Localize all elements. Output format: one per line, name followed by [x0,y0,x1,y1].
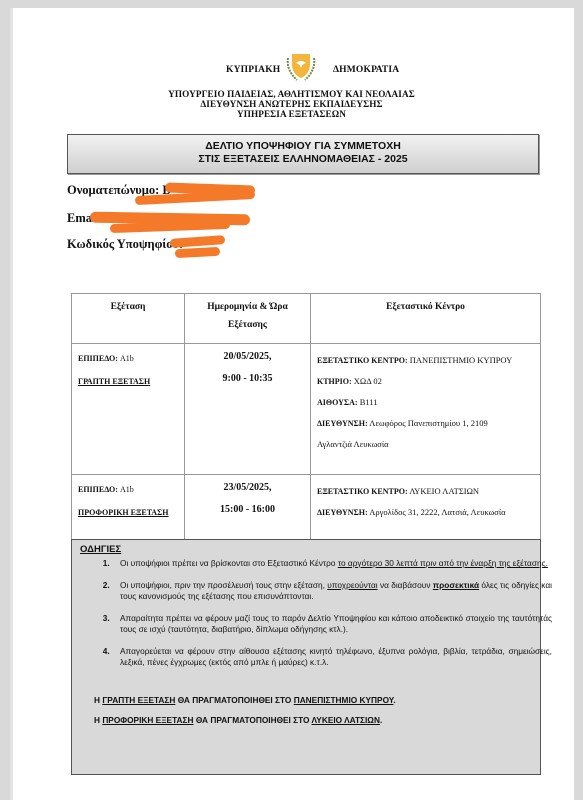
instruction-item: Απαραίτητα πρέπει να φέρουν μαζί τους το… [112,613,552,635]
title-line-1: ΔΕΛΤΙΟ ΥΠΟΨΗΦΙΟΥ ΓΙΑ ΣΥΜΜΕΤΟΧΗ [68,140,538,153]
coat-of-arms-icon [283,50,319,84]
exam-type: ΓΡΑΠΤΗ ΕΞΕΤΑΣΗ [78,377,178,386]
candidate-code: Κωδικός Υποψηφίου: [67,237,183,252]
exam-cell: ΕΠΙΠΕΔΟ: A1b ΠΡΟΦΟΡΙΚΗ ΕΞΕΤΑΣΗ [72,475,185,540]
instructions-box: ΟΔΗΓΙΕΣ Οι υποψήφιοι πρέπει να βρίσκοντα… [71,539,541,775]
header-datetime: Ημερομηνία & ΏραΕξέτασης [185,294,311,344]
header-exam-center: Εξεταστικό Κέντρο [311,294,541,344]
service-line: ΥΠΗΡΕΣΙΑ ΕΞΕΤΑΣΕΩΝ [0,109,583,119]
instruction-item: Οι υποψήφιοι πρέπει να βρίσκονται στο Εξ… [112,558,552,569]
document-title: ΔΕΛΤΙΟ ΥΠΟΨΗΦΙΟΥ ΓΙΑ ΣΥΜΜΕΤΟΧΗ ΣΤΙΣ ΕΞΕΤ… [67,134,539,174]
exam-cell: ΕΠΙΠΕΔΟ: A1b ΓΡΑΠΤΗ ΕΞΕΤΑΣΗ [72,344,185,475]
center-cell: ΕΞΕΤΑΣΤΙΚΟ ΚΕΝΤΡΟ: ΛΥΚΕΙΟ ΛΑΤΣΙΩΝ ΔΙΕΥΘΥ… [311,475,541,540]
title-line-2: ΣΤΙΣ ΕΞΕΤΑΣΕΙΣ ΕΛΛΗΝΟΜΑΘΕΙΑΣ - 2025 [68,153,538,166]
instruction-item: Απαγορεύεται να φέρουν στην αίθουσα εξέτ… [112,646,552,668]
directorate-line: ΔΙΕΥΘΥΝΣΗ ΑΝΩΤΕΡΗΣ ΕΚΠΑΙΔΕΥΣΗΣ [0,99,583,109]
ministry-line: ΥΠΟΥΡΓΕΙΟ ΠΑΙΔΕΙΑΣ, ΑΘΛΗΤΙΣΜΟΥ ΚΑΙ ΝΕΟΛΑ… [0,89,583,99]
datetime-cell: 20/05/2025, 9:00 - 10:35 [185,344,311,475]
oral-exam-note: Η ΠΡΟΦΟΡΙΚΗ ΕΞΕΤΑΣΗ ΘΑ ΠΡΑΓΜΑΤΟΠΟΙΗΘΕΙ Σ… [94,715,382,725]
header-exam: Εξέταση [72,294,185,344]
written-exam-note: Η ΓΡΑΠΤΗ ΕΞΕΤΑΣΗ ΘΑ ΠΡΑΓΜΑΤΟΠΟΙΗΘΕΙ ΣΤΟ … [94,695,396,705]
instructions-list: Οι υποψήφιοι πρέπει να βρίσκονται στο Εξ… [92,558,552,679]
datetime-cell: 23/05/2025, 15:00 - 16:00 [185,475,311,540]
center-cell: ΕΞΕΤΑΣΤΙΚΟ ΚΕΝΤΡΟ: ΠΑΝΕΠΙΣΤΗΜΙΟ ΚΥΠΡΟΥ Κ… [311,344,541,475]
header-left-text: ΚΥΠΡΙΑΚΗ [226,65,280,75]
exam-schedule-table: Εξέταση Ημερομηνία & ΏραΕξέτασης Εξεταστ… [71,293,541,540]
instructions-title: ΟΔΗΓΙΕΣ [80,544,121,555]
exam-type: ΠΡΟΦΟΡΙΚΗ ΕΞΕΤΑΣΗ [78,508,178,517]
instruction-item: Οι υποψήφιοι, πριν την προσέλευσή τους σ… [112,580,552,602]
header-right-text: ΔΗΜΟΚΡΑΤΙΑ [333,65,399,75]
table-row: ΕΠΙΠΕΔΟ: A1b ΓΡΑΠΤΗ ΕΞΕΤΑΣΗ 20/05/2025, … [72,344,541,475]
table-row: ΕΠΙΠΕΔΟ: A1b ΠΡΟΦΟΡΙΚΗ ΕΞΕΤΑΣΗ 23/05/202… [72,475,541,540]
